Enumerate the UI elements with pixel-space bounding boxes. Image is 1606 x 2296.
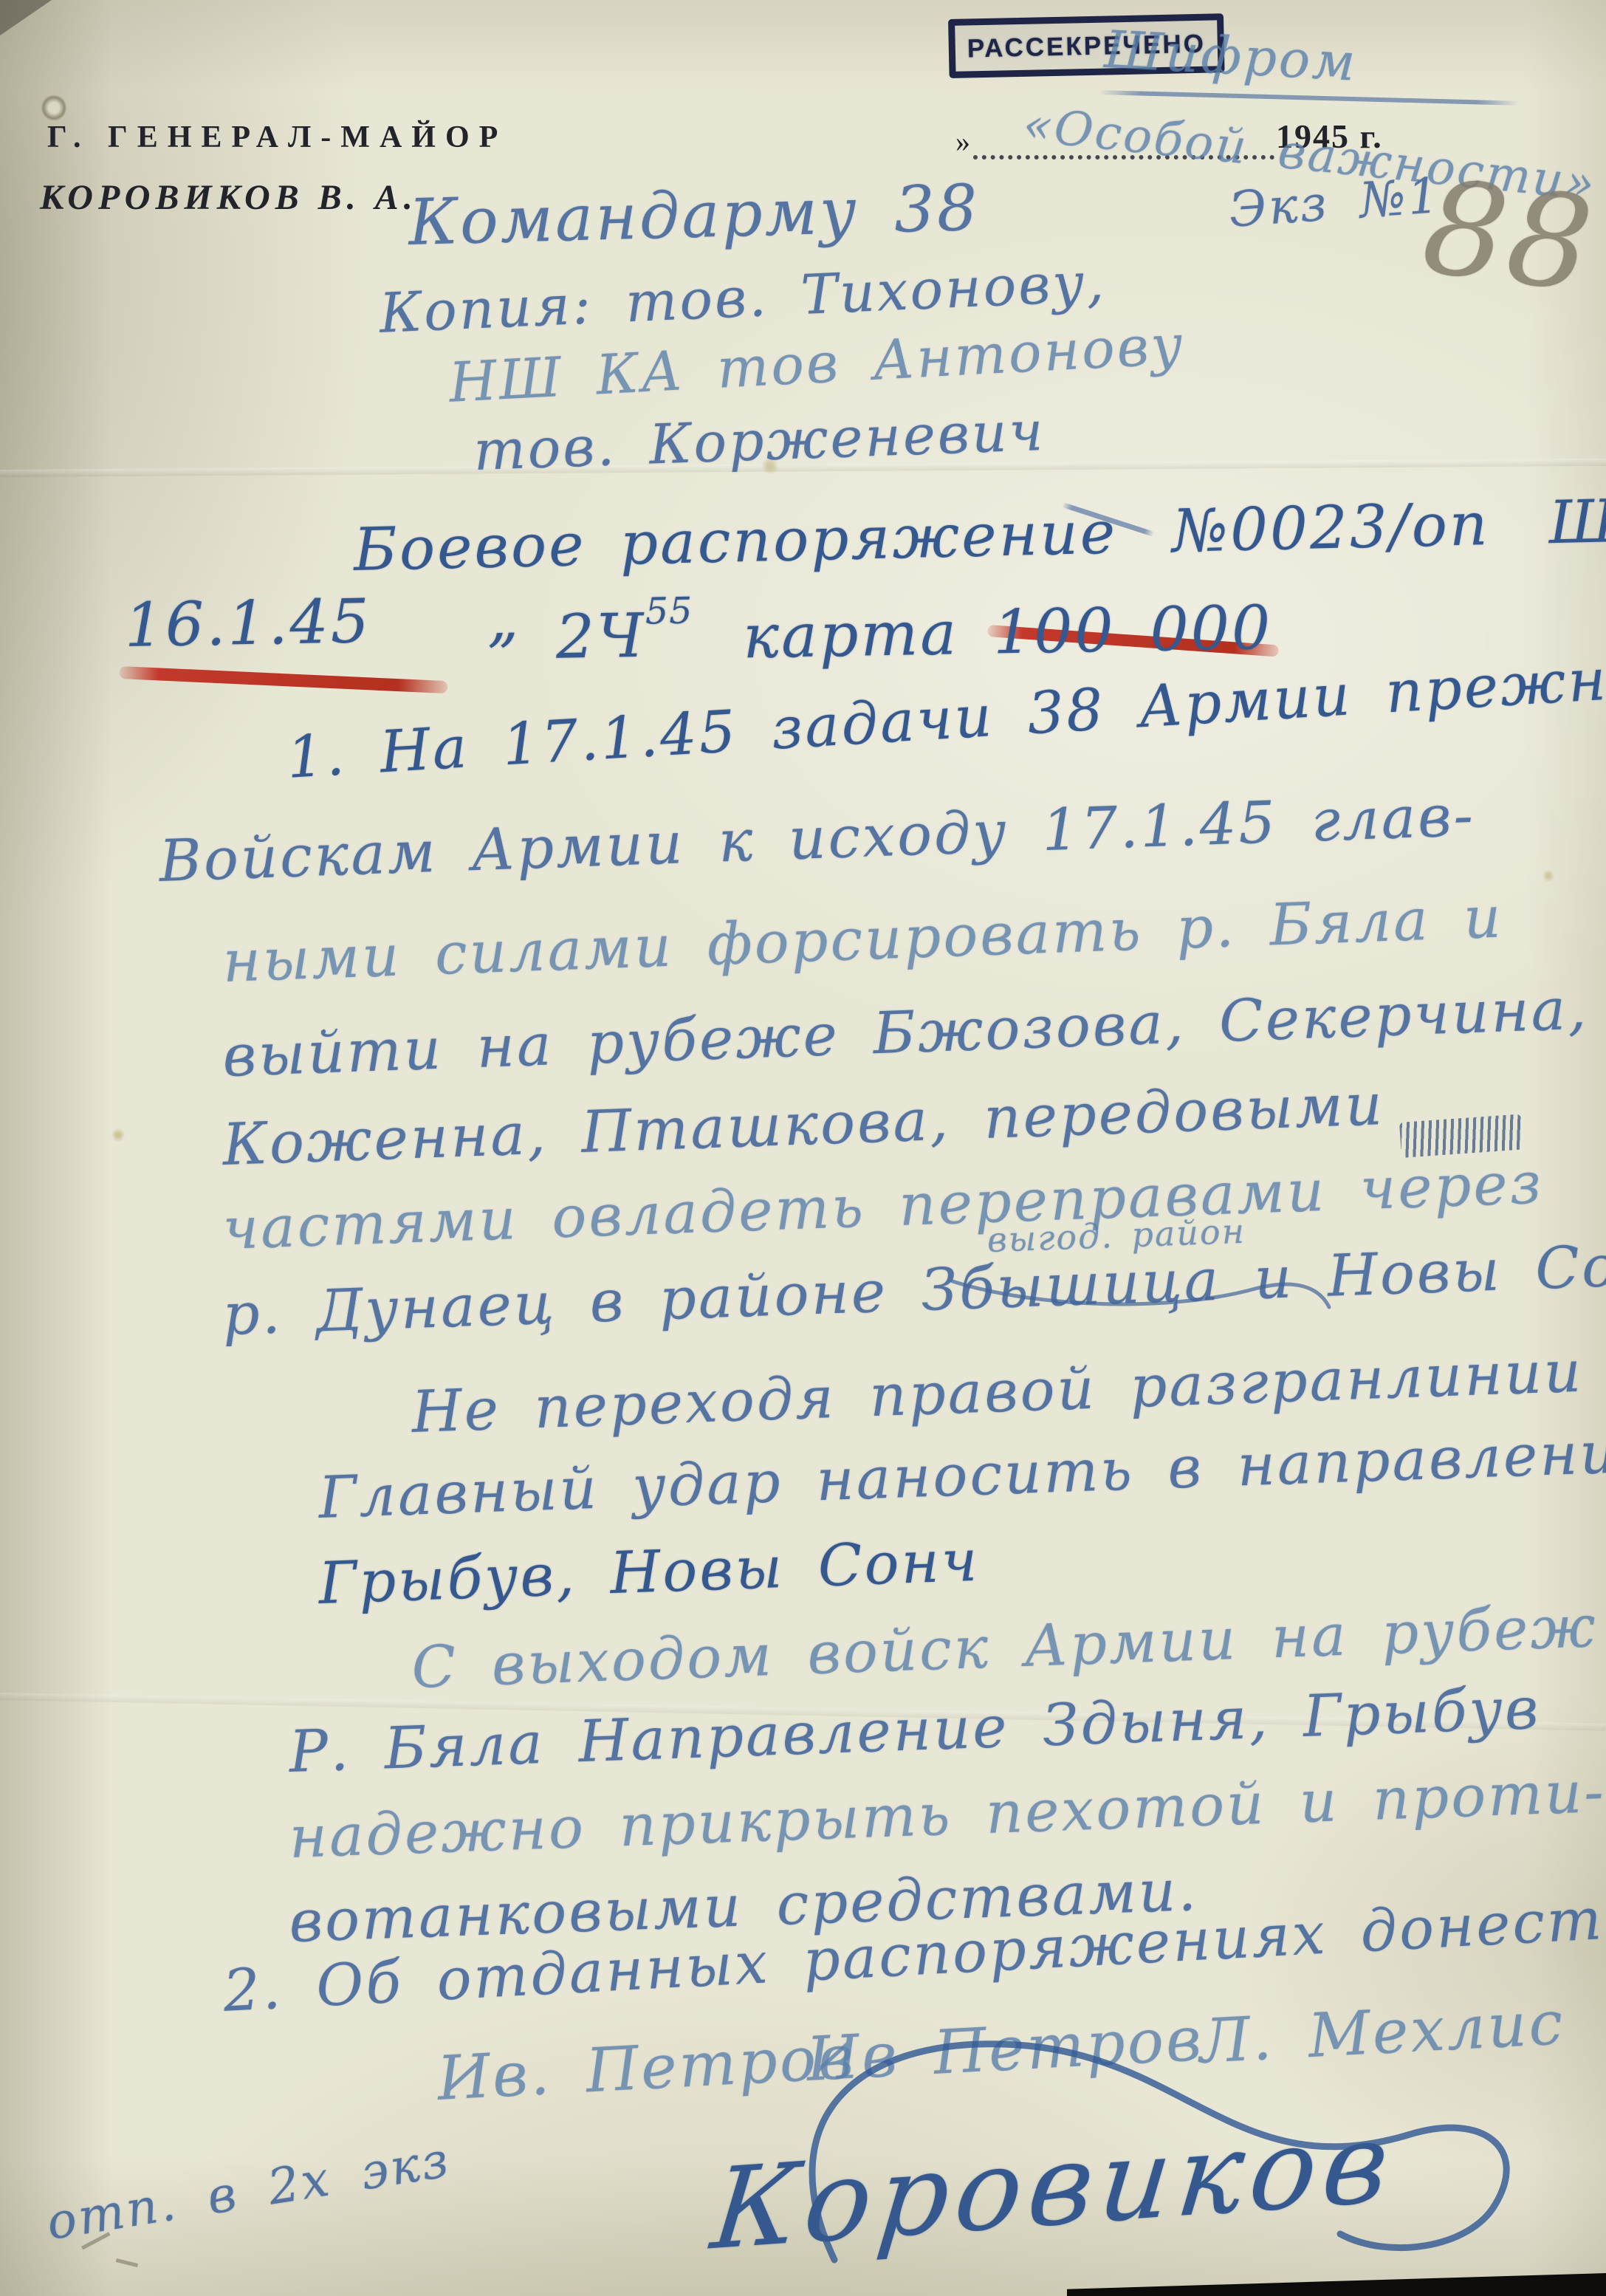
copies-note: отп. в 2х экз bbox=[43, 2131, 454, 2251]
scanned-document-page: Г. ГЕНЕРАЛ-МАЙОР КОРОВИКОВ В. А. РАССЕКР… bbox=[0, 0, 1606, 2296]
order-time-minutes: 55 bbox=[645, 589, 693, 632]
punch-hole bbox=[41, 95, 66, 121]
paper-stain bbox=[1542, 870, 1555, 882]
order-datetime-line: 16.1.45 „ 2Ч55 карта 100 000 bbox=[124, 571, 1272, 661]
body-line: ными силами форсировать р. Бяла и bbox=[222, 884, 1504, 995]
order-map-note: карта 100 000 bbox=[742, 593, 1273, 673]
addressee-line-4: тов. Корженевич bbox=[473, 400, 1046, 483]
cipher-note: Шифром bbox=[1103, 19, 1359, 93]
order-title-text: Боевое распоряжение bbox=[353, 498, 1118, 584]
cipher-underline bbox=[1099, 90, 1520, 106]
order-time: 2Ч bbox=[555, 601, 646, 673]
body-line: Войскам Армии к исходу 17.1.45 глав- bbox=[158, 783, 1476, 895]
printed-quote-mark: » bbox=[955, 124, 970, 159]
order-date: 16.1.45 bbox=[124, 586, 372, 661]
letterhead-rank: Г. ГЕНЕРАЛ-МАЙОР bbox=[47, 120, 507, 155]
torn-corner-shadow bbox=[0, 0, 52, 35]
letterhead-name: КОРОВИКОВ В. А. bbox=[40, 177, 418, 218]
red-underline-date bbox=[119, 666, 447, 693]
order-title-line: Боевое распоряжение №0023/оп Штаб 4 уф bbox=[353, 479, 1606, 584]
order-issuer: Штаб 4 уф bbox=[1548, 479, 1606, 557]
copy-number-note: Экз №1 bbox=[1227, 167, 1443, 239]
order-number: №0023/оп bbox=[1171, 490, 1490, 566]
addressee-line-1: Командарму 38 bbox=[408, 171, 981, 260]
pencil-page-number: 88 bbox=[1415, 152, 1602, 321]
body-line: Грыбув, Новы Сонч bbox=[318, 1528, 981, 1617]
pencil-mark bbox=[116, 2258, 138, 2267]
paper-stain bbox=[111, 1128, 126, 1142]
order-time-quote: „ bbox=[487, 584, 521, 655]
body-line: выйти на рубеже Бжозова, Секерчина, bbox=[222, 976, 1589, 1090]
